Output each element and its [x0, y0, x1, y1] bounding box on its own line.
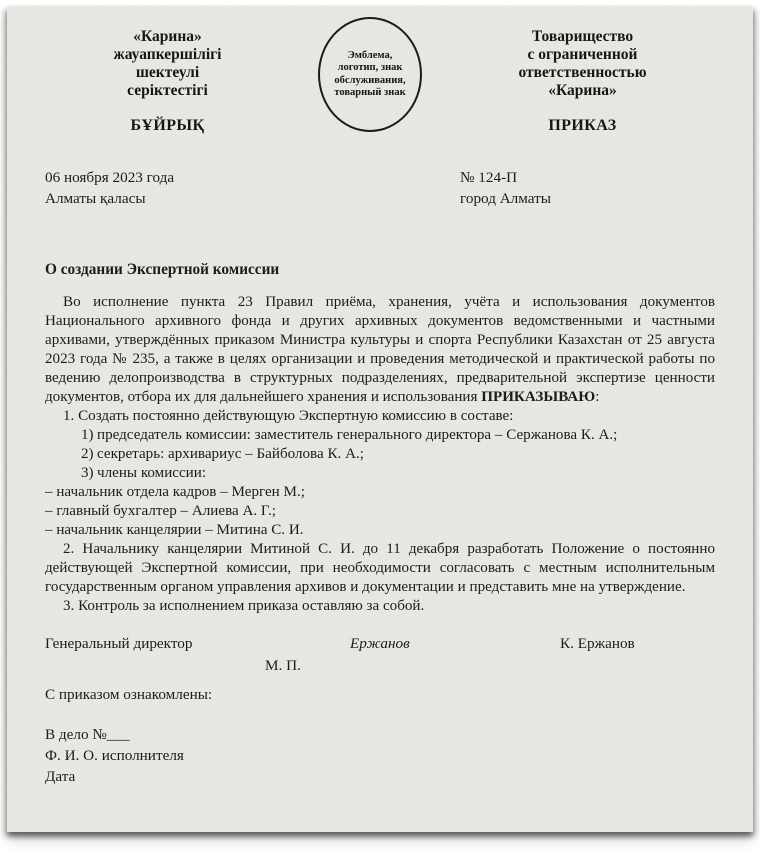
emblem-area: Эмблема, логотип, знак обслуживания, тов…	[290, 28, 450, 135]
document-subject: О создании Экспертной комиссии	[45, 260, 715, 279]
preamble-text: Во исполнение пункта 23 Правил приёма, х…	[45, 294, 715, 405]
emblem-text-line: Эмблема,	[320, 50, 420, 63]
item-text: секретарь: архивариус – Байболова К. А.;	[97, 446, 364, 462]
item-text: члены комиссии:	[97, 465, 206, 481]
member-line: – начальник отдела кадров – Мерген М.;	[45, 483, 715, 502]
document-page: «Карина» жауапкершілігі шектеулі серікте…	[7, 6, 753, 832]
document-header: «Карина» жауапкершілігі шектеулі серікте…	[45, 28, 715, 135]
emblem-placeholder-circle: Эмблема, логотип, знак обслуживания, тов…	[318, 17, 422, 132]
document-date: 06 ноября 2023 года	[45, 167, 460, 188]
signature-autograph: Ержанов	[300, 634, 560, 653]
emblem-text-line: товарный знак	[320, 87, 420, 100]
member-line: – начальник канцелярии – Митина С. И.	[45, 521, 715, 540]
date-place-block: 06 ноября 2023 года Алматы қаласы	[45, 167, 460, 209]
preamble-paragraph: Во исполнение пункта 23 Правил приёма, х…	[45, 293, 715, 407]
emblem-text-line: обслуживания,	[320, 75, 420, 88]
org-kz-line: «Карина»	[45, 28, 290, 46]
place-kazakh: Алматы қаласы	[45, 188, 460, 209]
emblem-text-line: логотип, знак	[320, 62, 420, 75]
item-number: 2)	[63, 445, 97, 464]
order-item-1: 1. Создать постоянно действующую Эксперт…	[45, 407, 715, 426]
case-number-line: В дело №___	[45, 724, 715, 745]
place-russian: город Алматы	[460, 188, 715, 209]
screenshot-canvas: { "header": { "left": { "lines": ["«Кари…	[0, 0, 760, 851]
org-name-russian: Товарищество с ограниченной ответственно…	[450, 28, 715, 135]
date-number-row: 06 ноября 2023 года Алматы қаласы № 124-…	[45, 167, 715, 209]
member-line: – главный бухгалтер – Алиева А. Г.;	[45, 502, 715, 521]
commission-chairman-item: 1)председатель комиссии: заместитель ген…	[45, 426, 715, 445]
org-kz-line: серіктестігі	[45, 82, 290, 100]
org-ru-line: Товарищество	[450, 28, 715, 46]
acknowledgement-line: С приказом ознакомлены:	[45, 685, 715, 704]
document-number: № 124-П	[460, 167, 715, 188]
date-line: Дата	[45, 766, 715, 787]
commission-secretary-item: 2)секретарь: архивариус – Байболова К. А…	[45, 445, 715, 464]
org-ru-line: ответственностью	[450, 64, 715, 82]
doc-type-russian: ПРИКАЗ	[450, 117, 715, 135]
document-body: Во исполнение пункта 23 Правил приёма, х…	[45, 293, 715, 616]
signer-position: Генеральный директор	[45, 634, 300, 653]
resolve-word: ПРИКАЗЫВАЮ	[481, 389, 595, 405]
doc-type-kazakh: БҰЙРЫҚ	[45, 117, 290, 135]
item-number: 3)	[63, 464, 97, 483]
commission-members-item: 3)члены комиссии:	[45, 464, 715, 483]
number-place-block: № 124-П город Алматы	[460, 167, 715, 209]
resolve-colon: :	[595, 389, 599, 405]
executor-line: Ф. И. О. исполнителя	[45, 745, 715, 766]
org-ru-line: с ограниченной	[450, 46, 715, 64]
signature-row: Генеральный директор Ержанов К. Ержанов	[45, 634, 715, 653]
document-footer: В дело №___ Ф. И. О. исполнителя Дата	[45, 724, 715, 787]
signer-name: К. Ержанов	[560, 634, 715, 653]
org-kz-line: жауапкершілігі	[45, 46, 290, 64]
order-item-2: 2. Начальнику канцелярии Митиной С. И. д…	[45, 540, 715, 597]
org-kz-line: шектеулі	[45, 64, 290, 82]
item-text: председатель комиссии: заместитель генер…	[97, 427, 617, 443]
org-name-kazakh: «Карина» жауапкершілігі шектеулі серікте…	[45, 28, 290, 135]
seal-mark: М. П.	[265, 656, 715, 675]
item-number: 1)	[63, 426, 97, 445]
document-content: «Карина» жауапкершілігі шектеулі серікте…	[7, 6, 753, 832]
org-ru-line: «Карина»	[450, 82, 715, 100]
order-item-3: 3. Контроль за исполнением приказа остав…	[45, 597, 715, 616]
